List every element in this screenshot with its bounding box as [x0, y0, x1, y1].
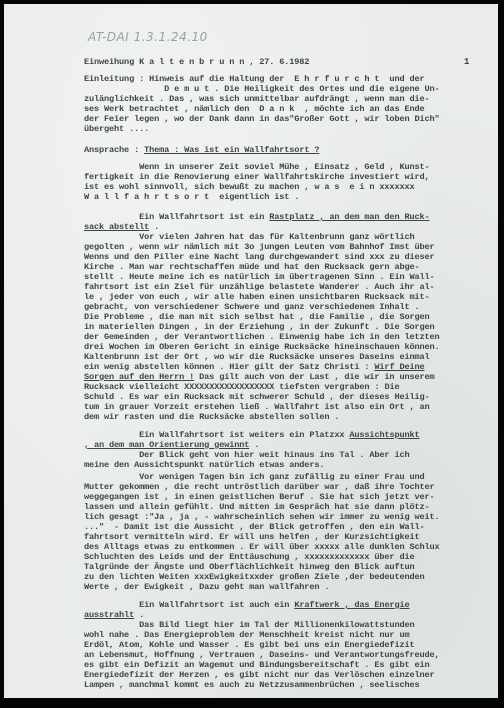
underlined-span: Aussichtspunkt: [349, 430, 419, 440]
text-span: Ein Wallfahrtsort ist weiters ein: [84, 430, 309, 440]
text-span: .: [149, 222, 159, 232]
archive-id-annotation: AT-DAI 1.3.1.24.10: [88, 30, 208, 44]
text-line: lassen und allein gefühlt. Und mitten im…: [84, 502, 430, 512]
text-span: der großen Ziele ,der bedeutenden: [259, 572, 424, 582]
text-line: Schuld . Es war ein Rucksack mit schwere…: [84, 392, 430, 402]
text-line: drei Wochen im Oberen Gericht in einige …: [84, 342, 440, 352]
struck-span: xxxxx: [314, 542, 339, 552]
intro-line: D e m u t . Die Heiligkeit des Ortes und…: [84, 84, 440, 94]
page-number: 1: [464, 57, 469, 67]
text-line: gebracht, von verschiedener Schwere und …: [84, 302, 419, 312]
text-line: Lampen , manchmal kommt es auch zu Netzz…: [84, 680, 419, 690]
text-line: fertigkeit in die Renovierung einer Wall…: [84, 172, 430, 182]
text-line: es gibt ein Defizit an Wagemut und Bindu…: [84, 660, 430, 670]
text-line: stellt . Heute meine ich es natürlich im…: [84, 272, 435, 282]
text-line: , an dem man Orientierung gewinnt .: [84, 440, 259, 450]
text-line: W a l l f a h r t s o r t eigentlich ist…: [84, 192, 299, 202]
text-line: des Alltags etwas zu entkommen . Er will…: [84, 542, 440, 552]
underlined-span: sack abstellt: [84, 222, 149, 232]
underlined-span: Kraftwerk , das Energie: [294, 600, 409, 610]
intro-line: Einleitung : Hinweis auf die Haltung der…: [84, 74, 424, 84]
intro-line: der Feier legen , wo der Dank dann in da…: [84, 114, 440, 124]
text-line: lich gesagt :"Ja , ja , - wahrscheinlich…: [84, 512, 440, 522]
text-line: Wenn in unserer Zeit soviel Mühe , Einsa…: [84, 162, 430, 172]
text-line: Der Blick geht von hier weit hinaus ins …: [84, 450, 409, 460]
text-span: tiefsten vergraben : Die: [274, 382, 399, 392]
intro-line: zulänglichkeit . Das , was sich unmittel…: [84, 94, 430, 104]
text-span: über die: [369, 552, 414, 562]
text-span: ein wenig abstellen können . Hier gilt d…: [84, 362, 374, 372]
text-line: der Gemeinden , der Verantwortlichen . E…: [84, 332, 440, 342]
text-line: Ein Wallfahrtsort ist ein Rastplatz , an…: [84, 212, 430, 222]
text-line: Sorgen auf den Herrn ! Das gilt auch von…: [84, 372, 435, 382]
struck-span: Schlux: [409, 542, 439, 552]
text-span: .: [249, 440, 259, 450]
underlined-span: Wirf Deine: [374, 362, 424, 372]
text-span: Ein Wallfahrtsort ist auch ein: [84, 600, 294, 610]
text-line: Vor wenigen Tagen bin ich ganz zufällig …: [84, 472, 424, 482]
text-span: Ein Wallfahrtsort ist ein: [84, 212, 269, 222]
text-line: Talgründe der Ängste und Oberflächlichke…: [84, 562, 414, 572]
text-line: fahrtsort ist ein Ziel für unzählige bel…: [84, 282, 435, 292]
text-line: Energiedefizit der Herzen , es gibt nich…: [84, 670, 435, 680]
address-heading: Ansprache : Thema : Was ist ein Wallfahr…: [84, 145, 319, 155]
document-title: Einweihung K a l t e n b r u n n , 27. 6…: [84, 57, 309, 67]
text-line: Wenns und den Piller eine Nacht lang dur…: [84, 252, 435, 262]
text-line: Vor vielen Jahren hat das für Kaltenbrun…: [84, 232, 414, 242]
address-label: Ansprache :: [84, 145, 144, 155]
underlined-span: ausstrahlt: [84, 610, 134, 620]
text-line: dem wir rasten und die Rucksäcke abstell…: [84, 412, 339, 422]
text-line: sack abstellt .: [84, 222, 159, 232]
text-line: wohl nahe . Das Energieproblem der Mensc…: [84, 630, 409, 640]
text-line: Kirche . Man war rechtschaffen müde und …: [84, 262, 419, 272]
text-line: Schluchten des Leids und der Enttäuschun…: [84, 552, 414, 562]
text-line: zu den lichten Weiten xxxEwigkeitxxder g…: [84, 572, 424, 582]
text-line: weggegangen ist , in einen geistlichen B…: [84, 492, 435, 502]
underlined-span: Rastplatz , an dem man den Ruck-: [269, 212, 429, 222]
text-span: alle dunklen: [339, 542, 409, 552]
document-page: AT-DAI 1.3.1.24.10 Einweihung K a l t e …: [4, 4, 498, 698]
text-line: Erdöl, Atom, Kohle und Wasser . Es gibt …: [84, 640, 414, 650]
underlined-span: Sorgen auf den Herrn !: [84, 372, 194, 382]
struck-span: xxxxxxxxxxxxx: [304, 552, 369, 562]
struck-span: Platzxx: [309, 430, 344, 440]
text-span: Das gilt auch von der Last , die wir in …: [194, 372, 434, 382]
text-line: tum in grauer Vorzeit erstehen ließ . Wa…: [84, 402, 430, 412]
text-line: fahrtsort vermitteln wird. Er will uns h…: [84, 532, 419, 542]
text-line: Werte , der Ewigkeit , Dazu geht man wal…: [84, 582, 329, 592]
text-line: an Lebensmut, Hoffnung , Vertrauen , Das…: [84, 650, 440, 660]
text-line: ist es wohl sinnvoll, sich bewußt zu mac…: [84, 182, 414, 192]
text-span: Rucksack vielleicht: [84, 382, 184, 392]
intro-line: übergeht ....: [84, 124, 149, 134]
text-span: zu den lichten Weiten: [84, 572, 194, 582]
text-line: meine den Aussichtspunkt natürlich etwas…: [84, 460, 324, 470]
text-line: ..." - Damit ist die Aussicht , der Blic…: [84, 522, 424, 532]
text-line: in materiellen Dingen , in der Erziehung…: [84, 322, 435, 332]
underlined-span: , an dem man Orientierung gewinnt: [84, 440, 249, 450]
text-line: Das Bild liegt hier im Tal der Millionen…: [84, 620, 414, 630]
text-line: Rucksack vielleicht XXXXXXXXXXXXXXXXXX t…: [84, 382, 399, 392]
intro-line: ses Werk betrachtet , nämlich den D a n …: [84, 104, 424, 114]
text-line: Mutter gekommen , die recht untröstlich …: [84, 482, 435, 492]
text-line: Die Probleme , die man mit sich selbst h…: [84, 312, 430, 322]
text-span: .: [134, 610, 144, 620]
text-line: ausstrahlt .: [84, 610, 144, 620]
text-line: Ein Wallfahrtsort ist auch ein Kraftwerk…: [84, 600, 409, 610]
text-span: des Alltags etwas zu entkommen . Er will…: [84, 542, 314, 552]
text-line: ein wenig abstellen können . Hier gilt d…: [84, 362, 425, 372]
text-line: le , jeder von euch , wir alle haben ein…: [84, 292, 430, 302]
text-line: Ein Wallfahrtsort ist weiters ein Platzx…: [84, 430, 420, 440]
struck-span: XXXXXXXXXXXXXXXXXX: [184, 382, 274, 392]
text-line: gegolten , wenn wir nämlich mit 3o junge…: [84, 242, 435, 252]
text-span: Schluchten des Leids und der Enttäuschun…: [84, 552, 304, 562]
struck-span: xxxEwigkeitxx: [194, 572, 259, 582]
text-line: Kaltenbrunn ist der Ort , wo wir die Ruc…: [84, 352, 430, 362]
theme-heading: Thema : Was ist ein Wallfahrtsort ?: [144, 145, 319, 155]
